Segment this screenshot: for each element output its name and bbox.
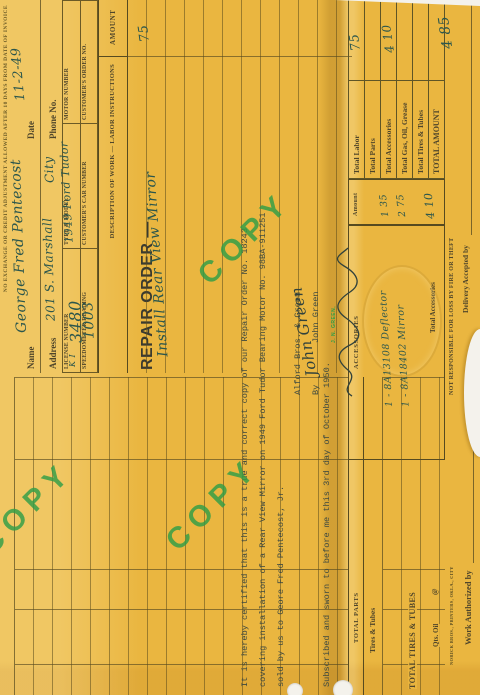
accessories-amount-header: Amount <box>353 193 359 216</box>
qts-oil-label: Qts. Oil <box>432 624 440 647</box>
tires-tubes-label: Tires & Tubes <box>368 608 377 653</box>
tires-grid-line <box>383 569 445 570</box>
total-amount-label: TOTAL AMOUNT <box>432 81 441 178</box>
total-parts-label2: Total Parts <box>368 81 377 178</box>
certification-line2: covering installation of a Rear View Mir… <box>258 213 268 687</box>
totals-row: Total Gas, Oil, Grease <box>397 0 413 178</box>
phone-label: Phone No. <box>48 99 58 139</box>
signer-typed-name: John Green <box>311 291 321 343</box>
accessory-entry-amount: 1 35 <box>378 193 391 217</box>
name-value: George Fred Pentecost <box>8 159 30 333</box>
address-label: Address <box>48 338 58 369</box>
delivery-accepted-underline <box>471 5 472 235</box>
total-gas-oil-grease-label: Total Gas, Oil, Grease <box>400 81 409 178</box>
total-tires-tubes-label: TOTAL TIRES & TUBES <box>408 592 417 689</box>
total-amount-value: 4 85 <box>436 15 456 50</box>
accessory-entry-amount: 2 75 <box>395 193 408 217</box>
date-label: Date <box>26 121 36 139</box>
totals-block: Total Labor Total Parts Total Accessorie… <box>348 0 445 179</box>
name-underline <box>40 0 41 373</box>
totals-row: Total Tires & Tubes <box>413 0 429 178</box>
notary-green-stamp: J. N. GREEN, <box>331 306 337 343</box>
notary-signature <box>334 245 360 400</box>
amount-column-divider <box>98 56 352 57</box>
repair-order-document: NO EXCHANGE OR CREDIT ADJUSTMENT ALLOWED… <box>0 0 480 695</box>
total-labor-label: Total Labor <box>352 81 361 178</box>
name-label: Name <box>26 347 36 370</box>
parts-grid-line <box>15 609 349 610</box>
description-of-work-label: DESCRIPTION OF WORK — LABOR INSTRUCTIONS <box>109 64 116 238</box>
address-value: 201 S. Marshall <box>40 217 58 321</box>
parts-grid-line <box>15 569 349 570</box>
screenshot-root: NO EXCHANGE OR CREDIT ADJUSTMENT ALLOWED… <box>0 0 480 695</box>
amount-column-header-box: AMOUNT <box>99 0 127 57</box>
delivery-accepted-label: Delivery Accepted by <box>461 245 470 313</box>
speedometer-value: 1003 <box>80 301 97 339</box>
city-value: City <box>41 156 56 183</box>
parts-grid-line <box>15 664 349 665</box>
totals-row: Total Labor <box>349 0 365 178</box>
paper-curl <box>464 329 480 457</box>
license-prefix-value: K I <box>68 354 77 367</box>
printer-credit: NORICK BROS., PRINTERS, OKLA., CITY <box>449 566 454 665</box>
punch-hole <box>333 680 353 695</box>
notary-line: Subscribed and sworn to before me this 3… <box>322 362 332 687</box>
total-accessories-label: Total Accessories <box>384 81 393 178</box>
at-symbol: @ <box>431 588 439 595</box>
disclaimer-fine-print: NO EXCHANGE OR CREDIT ADJUSTMENT ALLOWED… <box>3 5 9 395</box>
date-value: 11-2-49 <box>9 47 29 102</box>
car-number-label: CUSTOMER'S CAR NUMBER <box>81 123 99 248</box>
motor-number-label: MOTOR NUMBER <box>63 0 81 123</box>
parts-grid-line <box>15 459 349 460</box>
certification-line3: sold by us to Geore Fred Pentecost, Jr. <box>276 486 286 687</box>
total-parts-label: TOTAL PARTS <box>353 592 360 643</box>
work-authorized-label: Work Authorized by <box>463 570 473 645</box>
total-labor-value: 75 <box>347 32 364 51</box>
work-line1-amount: 75 <box>136 23 153 42</box>
not-responsible-notice: NOT RESPONSIBLE FOR LOSS BY FIRE OR THEF… <box>449 238 455 395</box>
amount-column-header: AMOUNT <box>109 10 117 46</box>
order-no-label: CUSTOMER'S ORDER NO. <box>81 0 99 123</box>
accessories-total-amount: 4 10 <box>422 192 438 220</box>
punch-hole <box>287 683 303 695</box>
total-tires-tubes-total-label: Total Tires & Tubes <box>416 81 425 178</box>
certification-by-label: By <box>311 385 321 395</box>
